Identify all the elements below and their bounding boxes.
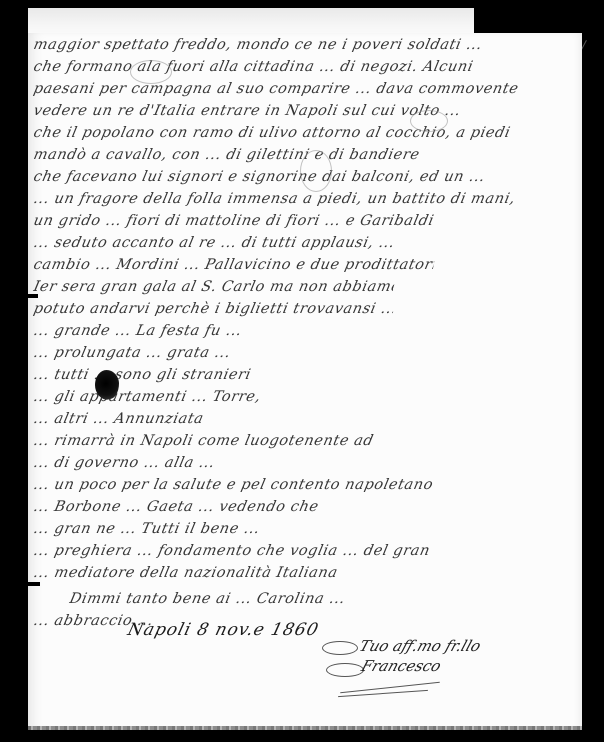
letter-line: un grido ... fiori di mattoline di fiori…: [32, 213, 436, 229]
letter-line: mandò a cavallo, con ... di gilettini e …: [32, 147, 421, 163]
ink-flourish: [130, 60, 172, 84]
letter-line: ... prolungata ... grata ...: [32, 345, 232, 361]
ink-blot: [95, 370, 119, 400]
ink-flourish: [410, 110, 448, 132]
letter-line: ... mediatore della nazionalità Italiana: [32, 565, 339, 581]
letter-line: ... Borbone ... Gaeta ... vedendo che: [32, 499, 320, 515]
letter-line: paesani per campagna al suo comparire ..…: [32, 81, 520, 97]
letter-line: ... un poco per la salute e pel contento…: [32, 477, 435, 493]
letter-line: Ier sera gran gala al S. Carlo ma non ab…: [32, 279, 395, 295]
letter-line: ... un fragore della folla immensa a pie…: [32, 191, 517, 207]
letter-line: ... gli appartamenti ... Torre,: [32, 389, 262, 405]
letter-line: che facevano lui signori e signorine dai…: [32, 169, 487, 185]
paper-edge-notch: [28, 582, 40, 586]
scanned-document: maggior spettato freddo, mondo ce ne i p…: [0, 0, 604, 742]
letter-line: ... gran ne ... Tutti il bene ...: [32, 521, 261, 537]
paper-bottom-edge: [28, 726, 582, 730]
signature-name: Francesco: [359, 657, 443, 675]
letter-line: Dimmi tanto bene ai ... Carolina ...: [68, 591, 347, 607]
signature-block: Tuo aff.mo fr.llo Francesco: [322, 637, 452, 707]
letter-line: vedere un re d'Italia entrare in Napoli …: [32, 103, 462, 119]
letter-line: ... tutti ... sono gli stranieri: [32, 367, 253, 383]
letter-line: ... altri ... Annunziata: [32, 411, 205, 427]
letter-line: ... rimarrà in Napoli come luogotenente …: [32, 433, 375, 449]
ink-flourish: [300, 150, 332, 192]
letter-line: ... preghiera ... fondamento che voglia …: [32, 543, 432, 559]
letter-line: cambio ... Mordini ... Pallavicino e due…: [32, 257, 435, 273]
place-date: Napoli 8 nov.e 1860: [126, 620, 322, 640]
signature-flourish: [322, 641, 358, 655]
letter-line: ... seduto accanto al re ... di tutti ap…: [32, 235, 396, 251]
letter-line: maggior spettato freddo, mondo ce ne i p…: [32, 37, 484, 53]
salutation: Tuo aff.mo fr.llo: [357, 637, 483, 655]
letter-line: potuto andarvi perchè i biglietti trovav…: [32, 301, 395, 317]
letter-line: che formano ala fuori alla cittadina ...…: [32, 59, 475, 75]
letter-line: ... grande ... La festa fu ...: [32, 323, 243, 339]
letter-line: ... di governo ... alla ...: [32, 455, 216, 471]
